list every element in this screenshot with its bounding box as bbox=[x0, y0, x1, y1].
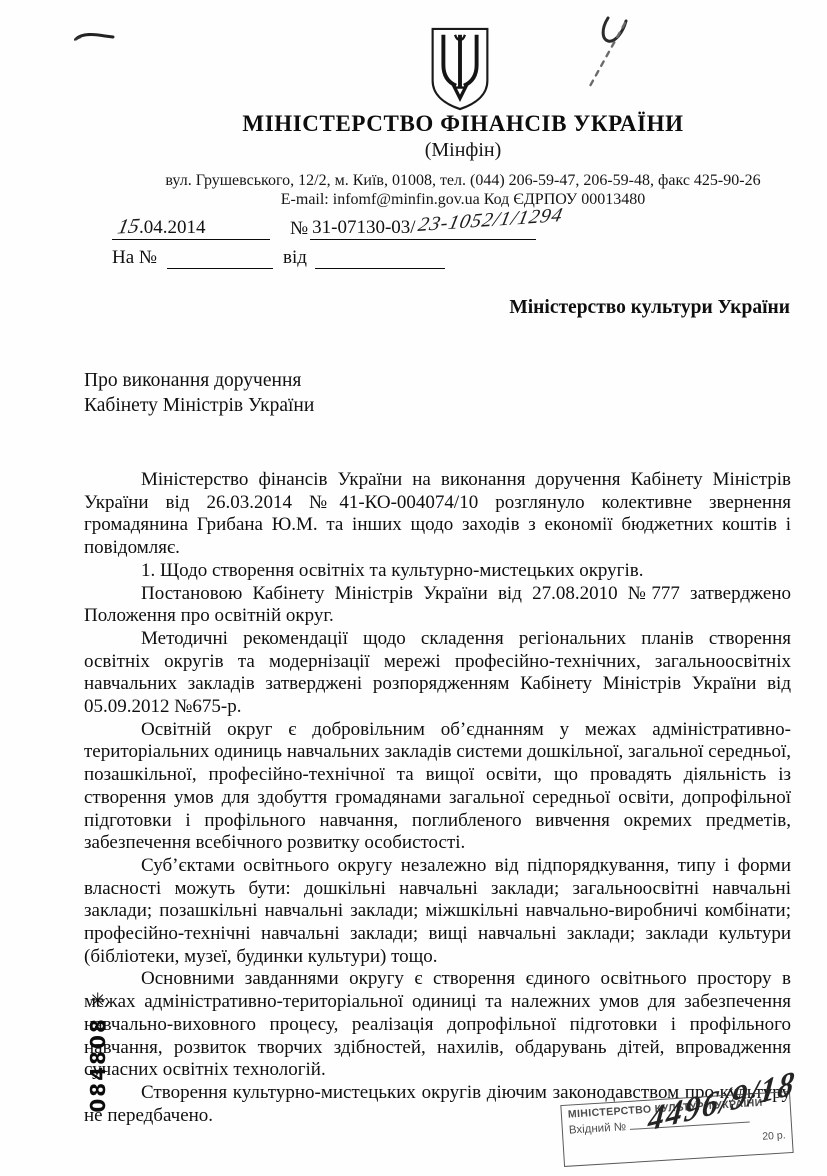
paragraph: Постановою Кабінету Міністрів України ві… bbox=[84, 583, 791, 628]
outgoing-date-field: 15.04.2014 bbox=[112, 214, 270, 240]
reply-label: На № bbox=[112, 247, 157, 268]
printed-number: 31-07130-03/ bbox=[312, 217, 415, 238]
subject-line-2: Кабінету Міністрів України bbox=[84, 393, 314, 418]
outgoing-number-field: 31-07130-03/23-1052/1/1294 bbox=[310, 216, 536, 240]
ministry-title: МІНІСТЕРСТВО ФІНАНСІВ УКРАЇНИ bbox=[100, 111, 826, 137]
reply-date-blank bbox=[315, 246, 445, 269]
handwritten-day: 15 bbox=[115, 213, 141, 239]
subject-line-1: Про виконання доручення bbox=[84, 368, 314, 393]
reply-from-label: від bbox=[283, 247, 307, 268]
paragraph: Освітній округ є добровільним об’єднання… bbox=[84, 719, 791, 855]
reference-block: 15.04.2014№31-07130-03/23-1052/1/1294 На… bbox=[112, 214, 536, 275]
ukraine-trident-emblem bbox=[427, 26, 493, 112]
reference-row-incoming: На № від bbox=[112, 246, 536, 269]
addressee: Міністерство культури України bbox=[390, 297, 790, 319]
subject-block: Про виконання доручення Кабінету Міністр… bbox=[84, 368, 314, 418]
handwritten-number: 23-1052/1/1294 bbox=[416, 204, 565, 237]
reply-number-blank bbox=[167, 246, 273, 269]
ministry-address: вул. Грушевського, 12/2, м. Київ, 01008,… bbox=[100, 172, 826, 190]
ink-smudge bbox=[74, 28, 118, 46]
letter-body: Міністерство фінансів України на виконан… bbox=[84, 469, 791, 1127]
ministry-email-line: E-mail: infomf@minfin.gov.ua Код ЄДРПОУ … bbox=[100, 191, 826, 209]
incoming-number-label: Вхідний № bbox=[569, 1121, 627, 1136]
paragraph: Основними завданнями округу є створення … bbox=[84, 968, 791, 1082]
paragraph: Суб’єктами освітнього округу незалежно в… bbox=[84, 855, 791, 969]
reference-row-outgoing: 15.04.2014№31-07130-03/23-1052/1/1294 bbox=[112, 214, 536, 240]
printed-date: .04.2014 bbox=[139, 217, 206, 238]
ministry-short-name: (Мінфін) bbox=[100, 139, 826, 162]
paragraph: Методичні рекомендації щодо складення ре… bbox=[84, 628, 791, 719]
paragraph: Міністерство фінансів України на виконан… bbox=[84, 469, 791, 560]
margin-registration-stamp: 084808 ✳ bbox=[86, 976, 112, 1126]
handwritten-checkmark bbox=[578, 14, 644, 98]
number-sign: № bbox=[290, 218, 308, 239]
scanned-letter-page: МІНІСТЕРСТВО ФІНАНСІВ УКРАЇНИ (Мінфін) в… bbox=[0, 0, 827, 1176]
paragraph: 1. Щодо створення освітніх та культурно-… bbox=[84, 560, 791, 583]
